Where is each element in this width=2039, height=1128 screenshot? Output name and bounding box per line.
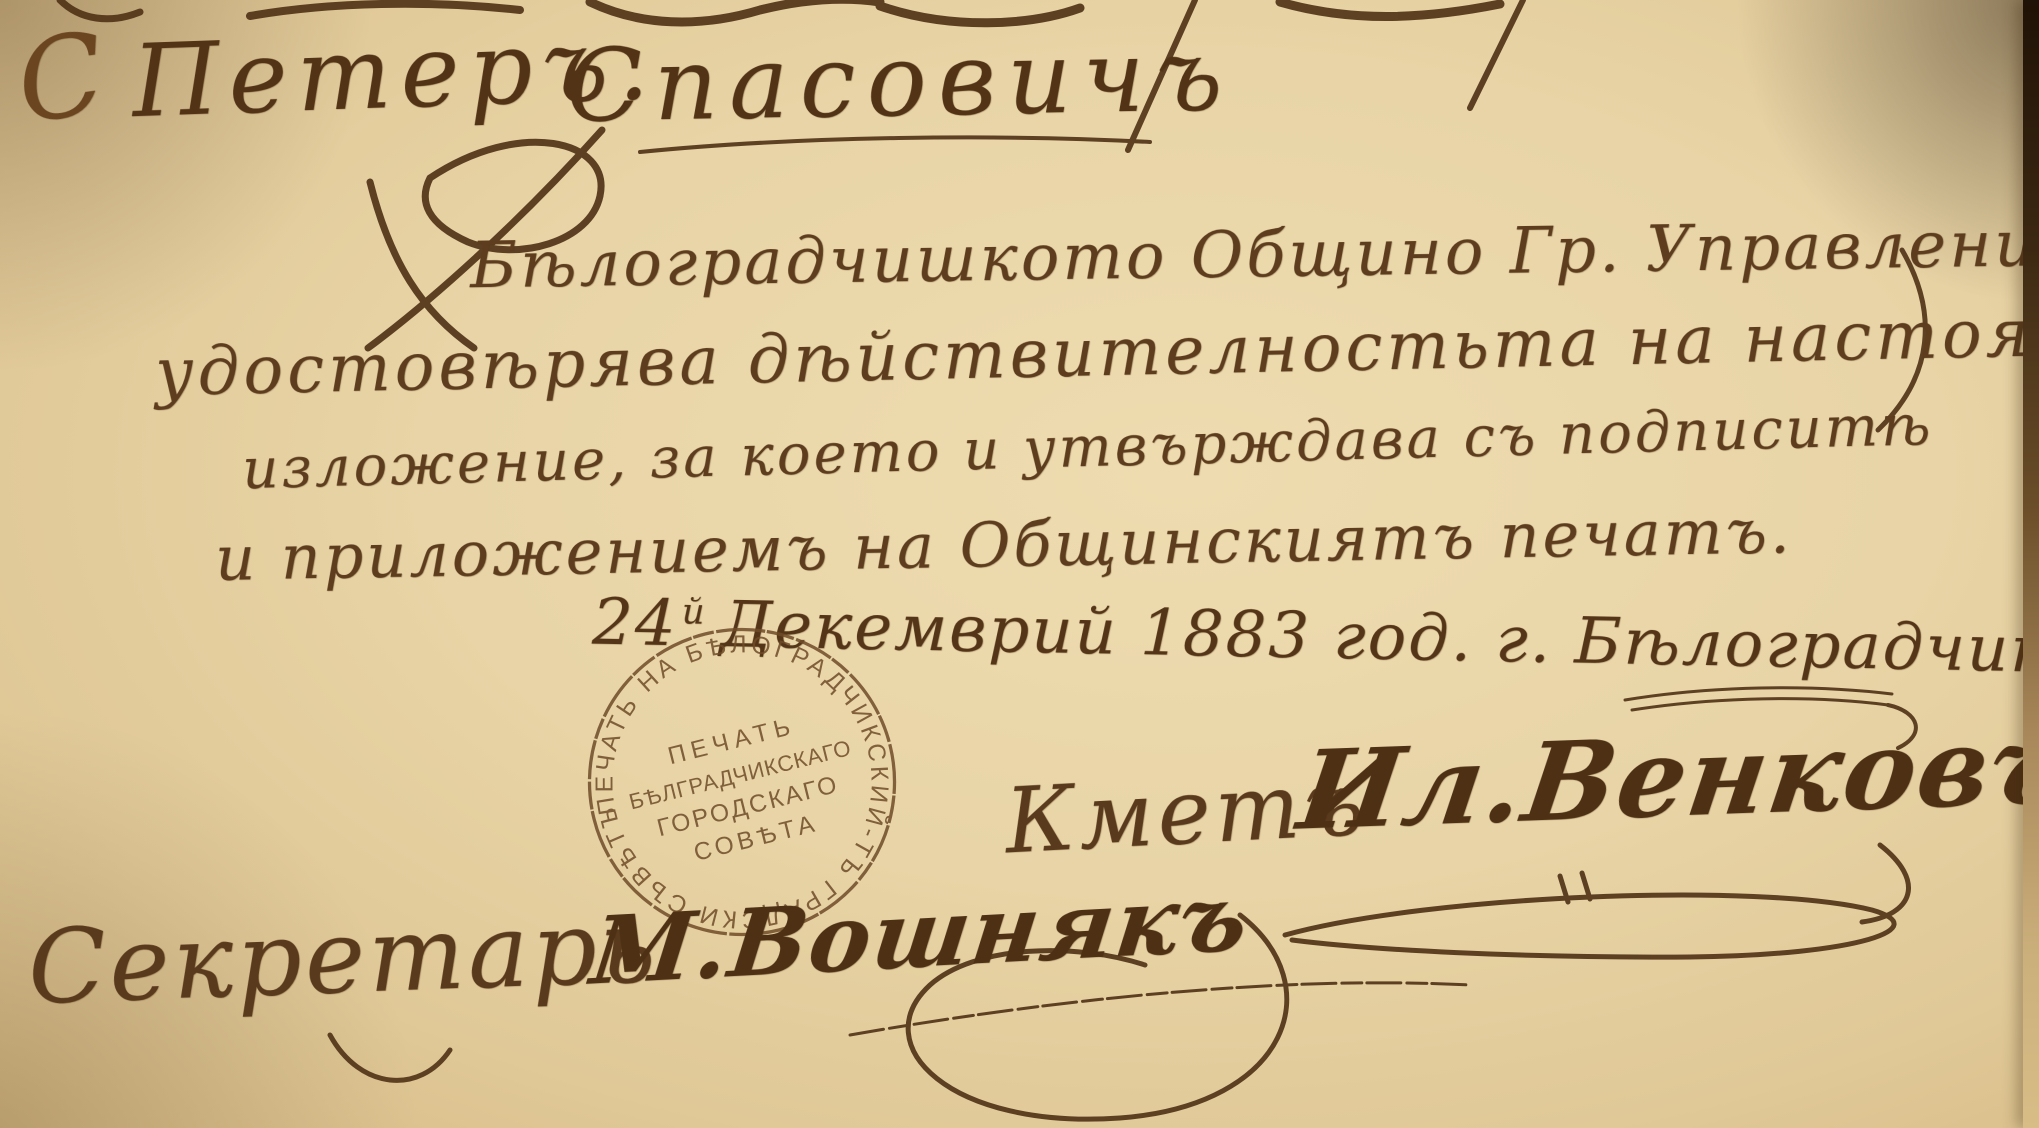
date-rest: Декемврий 1883 год. г. Бѣлоградчикъ: [720, 588, 2039, 688]
document-photo: С Петеръ. Спасовичъ Бѣлоградчишкото Общи…: [0, 0, 2039, 1128]
kmet-signature-flourish: [1285, 845, 1908, 957]
body-line-3: изложение, за което и утвърждава съ подп…: [241, 393, 1934, 502]
body-line-2: удостовѣрява дѣйствителностьта на настоя…: [154, 290, 2039, 411]
body-line-1: Бѣлоградчишкото Общино Гр. Управление: [470, 207, 2039, 303]
body-line-4: и приложениемъ на Общинскиятъ печатъ.: [214, 494, 1793, 595]
margin-mark: С: [9, 9, 112, 150]
holder-last-name: Спасовичъ: [565, 16, 1234, 145]
stamp-center-text: ПЕЧАТЬ БѢЛГРАДЧИКСКАГО ГОРОДСКАГО СОВѢТА: [618, 701, 870, 880]
kmet-signature: Ил.Венковъ: [1291, 701, 2039, 855]
secretary-label: Секретарь: [26, 887, 660, 1028]
page-edge-shadow: [2023, 0, 2039, 1128]
